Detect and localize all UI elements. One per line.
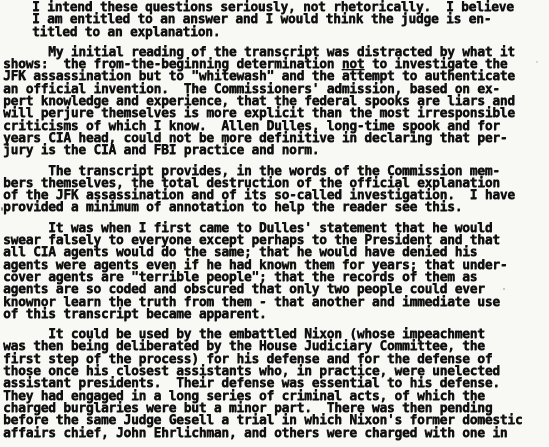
paragraph: The transcript provides, in the words of… [3,166,549,215]
scan-speck [503,288,505,290]
document-page: I intend these questions seriously, not … [0,0,549,447]
text-line: jury is the CIA and FBI practice and nor… [3,145,549,157]
paragraph: It was when I first came to Dulles' stat… [3,223,549,321]
text-line: of this transcript became apparent. [3,309,549,321]
scan-speck [536,61,538,63]
document-text: I intend these questions seriously, not … [3,2,549,440]
scan-speck [1,207,3,211]
paragraph: It could be used by the embattled Nixon … [3,329,549,440]
text-line: provided a minimum of annotation to help… [3,202,549,214]
text-line: affairs chief, John Ehrlichman, and othe… [3,428,549,440]
text-line: titled to an explanation. [32,27,549,39]
paragraph: My initial reading of the transcript was… [3,47,549,158]
paragraph: I intend these questions seriously, not … [32,2,549,39]
